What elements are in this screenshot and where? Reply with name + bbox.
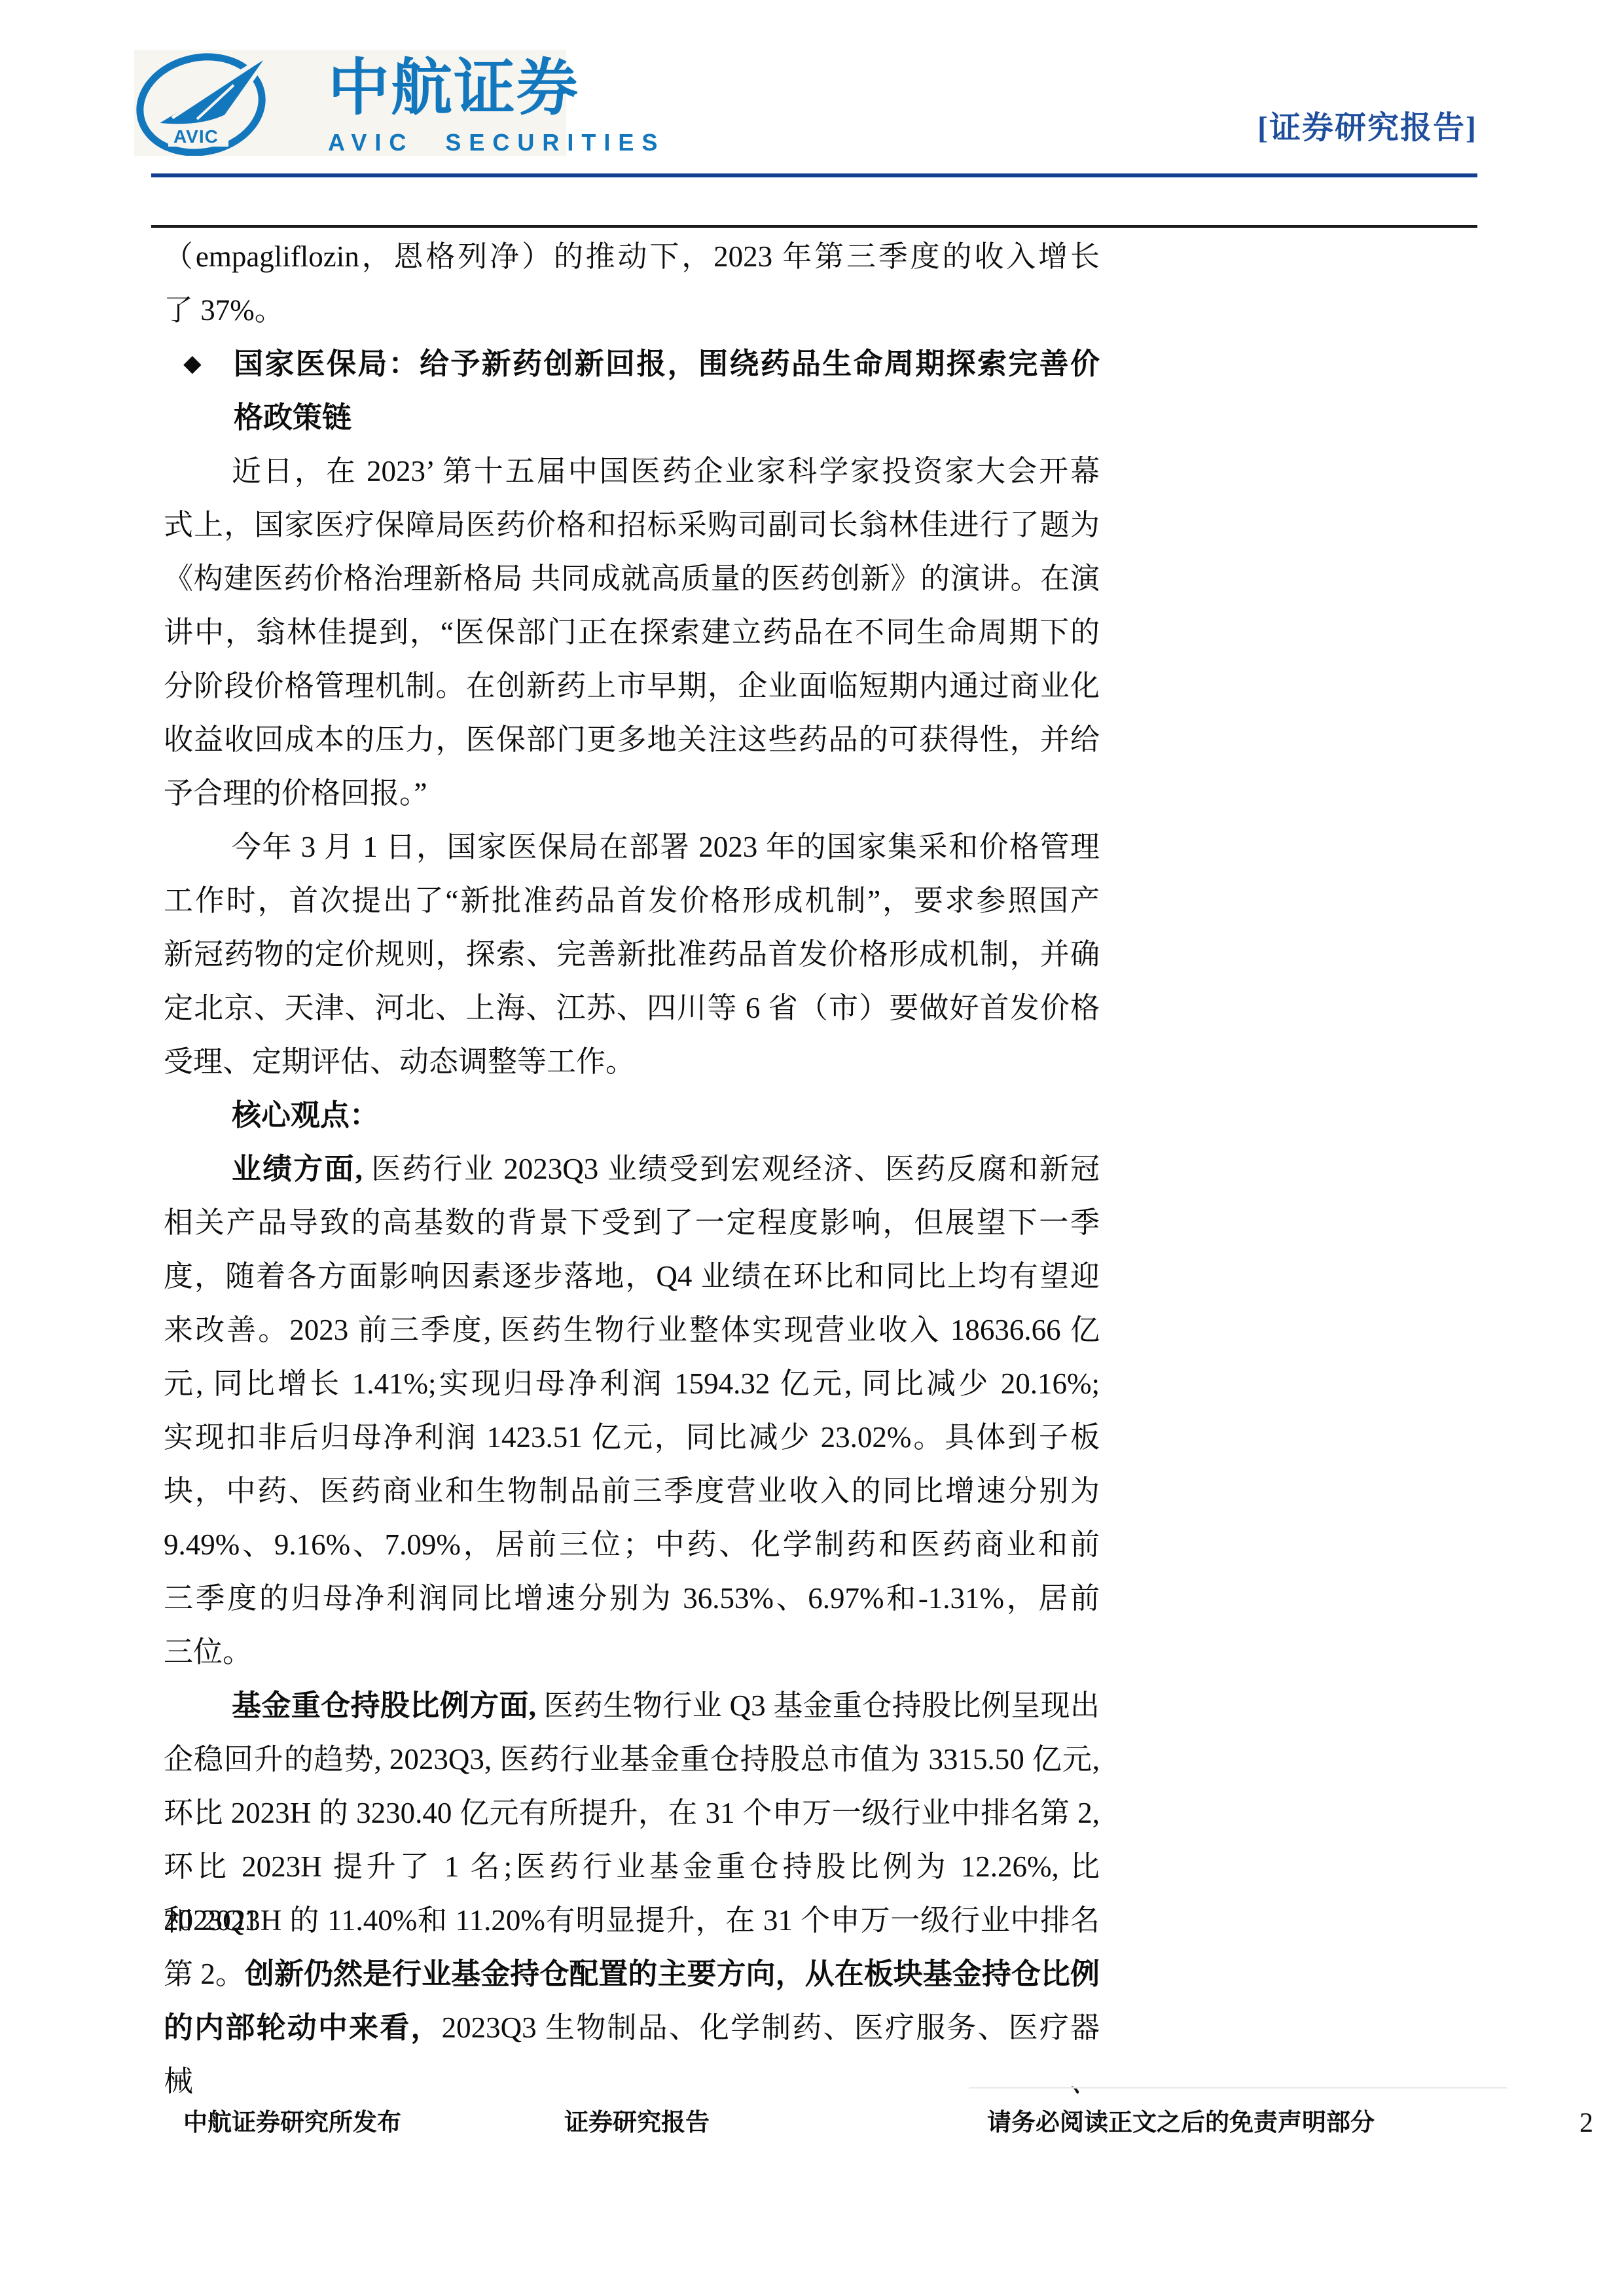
avic-emblem-icon: AVIC (134, 51, 281, 156)
body-text: 近日，在 2023’ 第十五届中国医药企业家科学家投资家大会开幕 (232, 455, 1100, 488)
body-line: 工作时，首次提出了“新批准药品首发价格形成机制”，要求参照国产 (164, 874, 1100, 927)
body-line: 9.49%、9.16%、7.09%，居前三位；中药、化学制药和医药商业和前 (164, 1518, 1100, 1571)
body-text: 9.49%、9.16%、7.09%，居前三位；中药、化学制药和医药商业和前 (164, 1528, 1100, 1561)
body-line: 来改善。2023 前三季度, 医药生物行业整体实现营业收入 18636.66 亿 (164, 1303, 1100, 1357)
body-line: 三位。 (164, 1625, 1100, 1679)
body-text: 今年 3 月 1 日，国家医保局在部署 2023 年的国家集采和价格管理 (232, 831, 1100, 863)
body-text: 相关产品导致的高基数的背景下受到了一定程度影响，但展望下一季 (164, 1206, 1100, 1239)
brand-block: 中航证券 AVIC SECURITIES (328, 50, 665, 156)
footer-report-type: 证券研究报告 (564, 2109, 710, 2138)
body-text: 环比 2023H 的 3230.40 亿元有所提升，在 31 个申万一级行业中排… (164, 1797, 1100, 1829)
body-line: 环比 2023H 的 3230.40 亿元有所提升，在 31 个申万一级行业中排… (164, 1786, 1100, 1840)
body-line: 相关产品导致的高基数的背景下受到了一定程度影响，但展望下一季 (164, 1196, 1100, 1249)
brand-name-cn: 中航证券 (328, 55, 665, 120)
body-text: 受理、定期评估、动态调整等工作。 (164, 1045, 635, 1078)
body-text-bold: 创新仍然是行业基金持仓配置的主要方向，从在板块基金持仓比例 (245, 1958, 1100, 1990)
body-line: 基金重仓持股比例方面, 医药生物行业 Q3 基金重仓持股比例呈现出 (164, 1679, 1100, 1732)
logo: AVIC 中航证券 AVIC SECURITIES (134, 50, 566, 156)
body-text: 度，随着各方面影响因素逐步落地，Q4 业绩在环比和同比上均有望迎 (164, 1260, 1100, 1293)
body-line: 收益收回成本的压力，医保部门更多地关注这些药品的可获得性，并给 (164, 713, 1100, 766)
body-text-bold: 国家医保局：给予新药创新回报，围绕药品生命周期探索完善价 (234, 348, 1100, 380)
body-line: 新冠药物的定价规则，探索、完善新批准药品首发价格形成机制，并确 (164, 927, 1100, 981)
footer-publisher: 中航证券研究所发布 (183, 2109, 401, 2138)
body-text: 《构建医药价格治理新格局 共同成就高质量的医药创新》的演讲。在演 (164, 562, 1100, 595)
body-text: 三季度的归母净利润同比增速分别为 36.53%、6.97%和-1.31%，居前 (164, 1582, 1100, 1615)
body-line: 业绩方面, 医药行业 2023Q3 业绩受到宏观经济、医药反腐和新冠 (164, 1142, 1100, 1196)
body-text-bold: 格政策链 (234, 401, 352, 434)
body-text: 予合理的价格回报。” (164, 777, 427, 810)
body-line: 讲中，翁林佳提到，“医保部门正在探索建立药品在不同生命周期下的 (164, 605, 1100, 659)
body-line: 企稳回升的趋势, 2023Q3, 医药行业基金重仓持股总市值为 3315.50 … (164, 1732, 1100, 1786)
body-line: 核心观点： (164, 1088, 1100, 1142)
header-rule-black (151, 225, 1477, 228)
body-text: （empagliflozin，恩格列净）的推动下，2023 年第三季度的收入增长 (164, 240, 1100, 273)
body-text-bold: 核心观点： (232, 1099, 379, 1132)
body-text: 收益收回成本的压力，医保部门更多地关注这些药品的可获得性，并给 (164, 723, 1100, 756)
body-line: ◆国家医保局：给予新药创新回报，围绕药品生命周期探索完善价 (164, 337, 1100, 391)
footer-disclaimer: 请务必阅读正文之后的免责声明部分 (987, 2109, 1375, 2138)
body-line: 《构建医药价格治理新格局 共同成就高质量的医药创新》的演讲。在演 (164, 552, 1100, 605)
body-line: 和 2023H 的 11.40%和 11.20%有明显提升，在 31 个申万一级… (164, 1893, 1100, 1947)
body-line: 今年 3 月 1 日，国家医保局在部署 2023 年的国家集采和价格管理 (164, 820, 1100, 874)
body-text: 工作时，首次提出了“新批准药品首发价格形成机制”，要求参照国产 (164, 884, 1100, 917)
body-line: 元, 同比增长 1.41%;实现归母净利润 1594.32 亿元, 同比减少 2… (164, 1357, 1100, 1410)
body-line: 第 2。创新仍然是行业基金持仓配置的主要方向，从在板块基金持仓比例 (164, 1947, 1100, 2001)
body-text: 元, 同比增长 1.41%;实现归母净利润 1594.32 亿元, 同比减少 2… (164, 1367, 1100, 1400)
svg-text:AVIC: AVIC (173, 126, 219, 147)
body-text: 和 2023H 的 11.40%和 11.20%有明显提升，在 31 个申万一级… (164, 1904, 1100, 1937)
body-text: 医药行业 2023Q3 业绩受到宏观经济、医药反腐和新冠 (363, 1153, 1100, 1185)
footer-rule (969, 2087, 1507, 2089)
body-line: （empagliflozin，恩格列净）的推动下，2023 年第三季度的收入增长 (164, 230, 1100, 283)
body-lines: （empagliflozin，恩格列净）的推动下，2023 年第三季度的收入增长… (164, 230, 1100, 2054)
body-text: 新冠药物的定价规则，探索、完善新批准药品首发价格形成机制，并确 (164, 938, 1100, 971)
body-line: 块，中药、医药商业和生物制品前三季度营业收入的同比增速分别为 (164, 1464, 1100, 1518)
body-text-bold: 业绩方面, (232, 1153, 363, 1185)
body-text: 医药生物行业 Q3 基金重仓持股比例呈现出 (536, 1689, 1100, 1722)
page-number: 2 (1579, 2108, 1593, 2139)
body-line: 受理、定期评估、动态调整等工作。 (164, 1035, 1100, 1088)
diamond-bullet-icon: ◆ (183, 337, 202, 391)
body-line: 了 37%。 (164, 283, 1100, 337)
body-line: 三季度的归母净利润同比增速分别为 36.53%、6.97%和-1.31%，居前 (164, 1571, 1100, 1625)
header-rule-blue (151, 173, 1477, 177)
body-text: 式上，国家医疗保障局医药价格和招标采购司副司长翁林佳进行了题为 (164, 509, 1100, 541)
body-text: 三位。 (164, 1636, 252, 1668)
report-tag: [证券研究报告] (1257, 111, 1477, 145)
body-text: 企稳回升的趋势, 2023Q3, 医药行业基金重仓持股总市值为 3315.50 … (164, 1743, 1100, 1776)
body-line: 的内部轮动中来看，2023Q3 生物制品、化学制药、医疗服务、医疗器械、 (164, 2001, 1100, 2054)
brand-name-en: AVIC SECURITIES (328, 130, 665, 156)
body-text: 第 2。 (164, 1958, 245, 1990)
body-line: 定北京、天津、河北、上海、江苏、四川等 6 省（市）要做好首发价格 (164, 981, 1100, 1035)
body-line: 实现扣非后归母净利润 1423.51 亿元，同比减少 23.02%。具体到子板 (164, 1410, 1100, 1464)
body-line: 格政策链 (164, 391, 1100, 444)
body-text: 来改善。2023 前三季度, 医药生物行业整体实现营业收入 18636.66 亿 (164, 1314, 1100, 1346)
report-page: AVIC 中航证券 AVIC SECURITIES [证券研究报告] （empa… (0, 0, 1624, 2296)
body-text: 了 37%。 (164, 294, 284, 327)
body-text: 讲中，翁林佳提到，“医保部门正在探索建立药品在不同生命周期下的 (164, 616, 1100, 649)
body-text: 实现扣非后归母净利润 1423.51 亿元，同比减少 23.02%。具体到子板 (164, 1421, 1100, 1454)
body-text: 分阶段价格管理机制。在创新药上市早期，企业面临短期内通过商业化 (164, 670, 1100, 702)
body-line: 度，随着各方面影响因素逐步落地，Q4 业绩在环比和同比上均有望迎 (164, 1249, 1100, 1303)
body-line: 予合理的价格回报。” (164, 766, 1100, 820)
body-text: 定北京、天津、河北、上海、江苏、四川等 6 省（市）要做好首发价格 (164, 992, 1100, 1024)
body-line: 近日，在 2023’ 第十五届中国医药企业家科学家投资家大会开幕 (164, 444, 1100, 498)
body-line: 式上，国家医疗保障局医药价格和招标采购司副司长翁林佳进行了题为 (164, 498, 1100, 552)
body-line: 分阶段价格管理机制。在创新药上市早期，企业面临短期内通过商业化 (164, 659, 1100, 713)
body-text: 块，中药、医药商业和生物制品前三季度营业收入的同比增速分别为 (164, 1475, 1100, 1507)
body-text-bold: 基金重仓持股比例方面, (232, 1689, 536, 1722)
body-line: 环比 2023H 提升了 1 名;医药行业基金重仓持股比例为 12.26%, 比… (164, 1840, 1100, 1893)
body-text-bold: 的内部轮动中来看， (164, 2011, 442, 2044)
